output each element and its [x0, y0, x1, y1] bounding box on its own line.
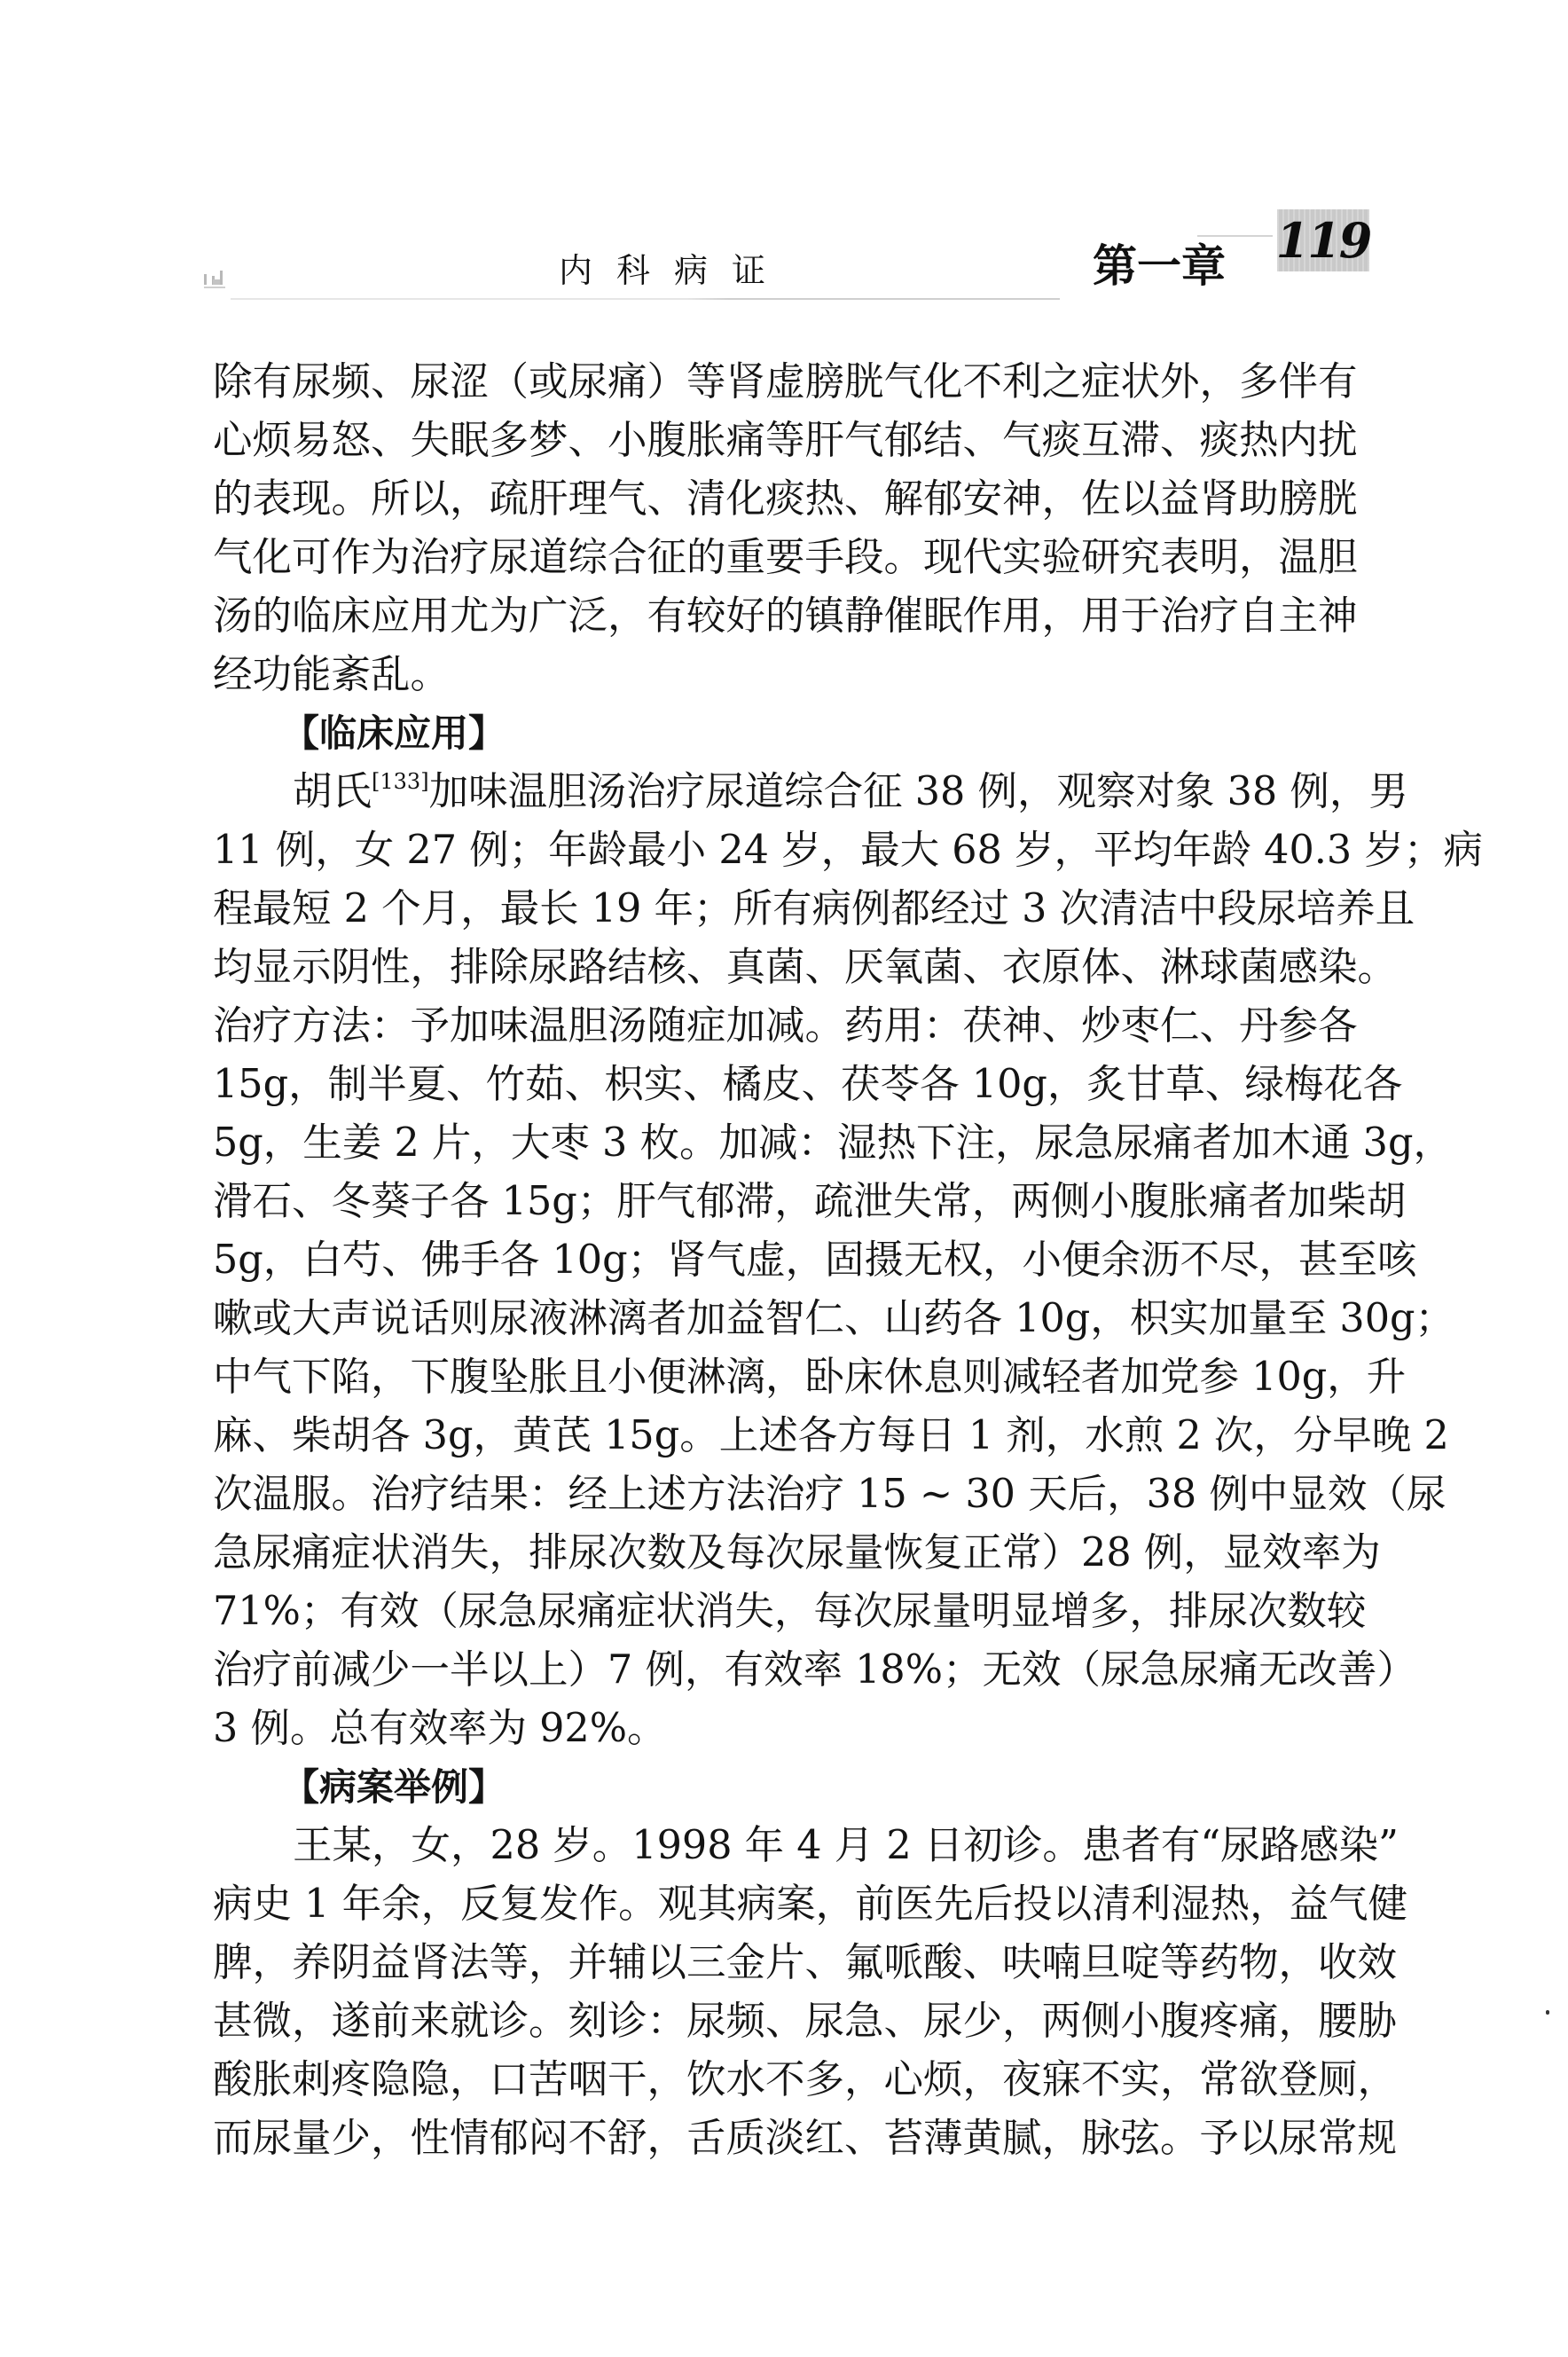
text-line: 麻、柴胡各 3g，黄芪 15g。上述各方每日 1 剂，水煎 2 次，分早晚 2: [213, 1407, 1384, 1465]
chapter-label: 第一章: [1093, 240, 1226, 293]
header-rule: [231, 298, 1060, 300]
text-line: 急尿痛症状消失，排尿次数及每次尿量恢复正常）28 例，显效率为: [213, 1524, 1384, 1583]
text-line: 治疗方法：予加味温胆汤随症加减。药用：茯神、炒枣仁、丹参各: [213, 997, 1384, 1056]
text-line: 71%；有效（尿急尿痛症状消失，每次尿量明显增多，排尿次数较: [213, 1583, 1384, 1641]
text-line-first: 胡氏[133]加味温胆汤治疗尿道综合征 38 例，观察对象 38 例，男: [213, 763, 1384, 821]
text-line: 心烦易怒、失眠多梦、小腹胀痛等肝气郁结、气痰互滞、痰热内扰: [213, 412, 1384, 470]
citation-ref: [133]: [372, 769, 429, 794]
text-line: 的表现。所以，疏肝理气、清化痰热、解郁安神，佐以益肾助膀胱: [213, 470, 1384, 529]
text-line: 经功能紊乱。: [213, 646, 1384, 704]
book-page: 内科病证 第一章 119 除有尿频、尿涩（或尿痛）等肾虚膀胱气化不利之症状外，多…: [0, 0, 1568, 2357]
section-heading-case: 【病案举例】: [213, 1758, 1384, 1817]
text-line: 除有尿频、尿涩（或尿痛）等肾虚膀胱气化不利之症状外，多伴有: [213, 353, 1384, 412]
text-line: 均显示阴性，排除尿路结核、真菌、厌氧菌、衣原体、淋球菌感染。: [213, 939, 1384, 997]
page-number: 119: [1276, 214, 1371, 267]
text-line: 次温服。治疗结果：经上述方法治疗 15 ~ 30 天后，38 例中显效（尿: [213, 1465, 1384, 1524]
text-line: 5g，生姜 2 片，大枣 3 枚。加减：湿热下注，尿急尿痛者加木通 3g，: [213, 1114, 1384, 1173]
text-line: 嗽或大声说话则尿液淋漓者加益智仁、山药各 10g，枳实加量至 30g；: [213, 1290, 1384, 1348]
text-line: 滑石、冬葵子各 15g；肝气郁滞，疏泄失常，两侧小腹胀痛者加柴胡: [213, 1173, 1384, 1231]
body-text: 除有尿频、尿涩（或尿痛）等肾虚膀胱气化不利之症状外，多伴有 心烦易怒、失眠多梦、…: [213, 353, 1384, 2168]
text-line: 脾，养阴益肾法等，并辅以三金片、氟哌酸、呋喃旦啶等药物，收效: [213, 1934, 1384, 1992]
text-line: 而尿量少，性情郁闷不舒，舌质淡红、苔薄黄腻，脉弦。予以尿常规: [213, 2110, 1384, 2168]
text-line: 11 例，女 27 例；年龄最小 24 岁，最大 68 岁，平均年龄 40.3 …: [213, 821, 1384, 880]
section-heading-clinical: 【临床应用】: [213, 704, 1384, 763]
author-name: 胡氏: [293, 769, 372, 814]
text-line: 程最短 2 个月，最长 19 年；所有病例都经过 3 次清洁中段尿培养且: [213, 880, 1384, 939]
text-line-first: 王某，女，28 岁。1998 年 4 月 2 日初诊。患者有“尿路感染”: [213, 1817, 1384, 1875]
text-line: 中气下陷，下腹坠胀且小便淋漓，卧床休息则减轻者加党参 10g，升: [213, 1348, 1384, 1407]
text-line: 治疗前减少一半以上）7 例，有效率 18%；无效（尿急尿痛无改善）: [213, 1641, 1384, 1700]
text-line: 酸胀刺疼隐隐，口苦咽干，饮水不多，心烦，夜寐不实，常欲登厕，: [213, 2051, 1384, 2110]
scan-speck: [1546, 2010, 1549, 2015]
text-line: 15g，制半夏、竹茹、枳实、橘皮、茯苓各 10g，炙甘草、绿梅花各: [213, 1056, 1384, 1114]
page-number-box: 119: [1277, 209, 1369, 271]
text-line: 气化可作为治疗尿道综合征的重要手段。现代实验研究表明，温胆: [213, 529, 1384, 587]
chapter-rule: [1197, 235, 1273, 237]
text-run: 加味温胆汤治疗尿道综合征 38 例，观察对象 38 例，男: [429, 769, 1408, 814]
text-line: 3 例。总有效率为 92%。: [213, 1700, 1384, 1758]
text-line: 5g，白芍、佛手各 10g；肾气虚，固摄无权，小便余沥不尽，甚至咳: [213, 1231, 1384, 1290]
text-line: 汤的临床应用尤为广泛，有较好的镇静催眠作用，用于治疗自主神: [213, 587, 1384, 646]
text-line: 病史 1 年余，反复发作。观其病案，前医先后投以清利湿热，益气健: [213, 1875, 1384, 1934]
running-title: 内科病证: [559, 248, 789, 293]
scan-corner-mark: [204, 271, 225, 288]
text-line: 甚微，遂前来就诊。刻诊：尿频、尿急、尿少，两侧小腹疼痛，腰胁: [213, 1992, 1384, 2051]
